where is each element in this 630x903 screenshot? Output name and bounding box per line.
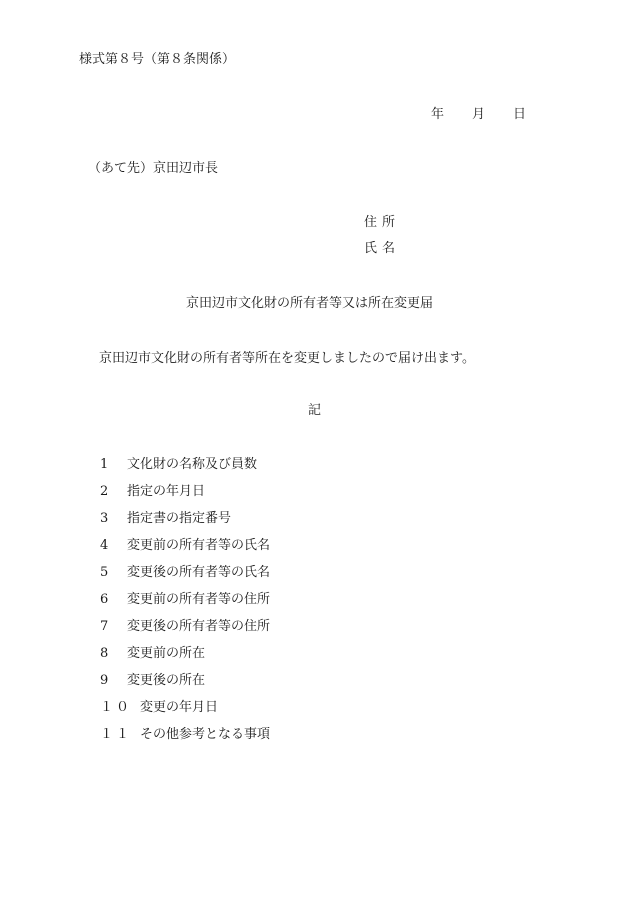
item-number: 7 (100, 620, 127, 647)
item-label: 変更前の所有者等の住所 (127, 593, 270, 620)
list-item: 4変更前の所有者等の氏名 (100, 539, 270, 566)
document-page: 様式第８号（第８条関係） 年月日 （あて先）京田辺市長 住所 氏名 京田辺市文化… (0, 0, 630, 903)
applicant-address-label: 住所 (364, 216, 395, 229)
address-label-char-2: 所 (382, 215, 395, 230)
document-title: 京田辺市文化財の所有者等又は所在変更届 (186, 297, 433, 310)
address-label-char-1: 住 (364, 216, 382, 229)
name-label-char-1: 氏 (364, 242, 382, 255)
year-label: 年 (431, 108, 444, 121)
item-number: 1 (100, 458, 127, 485)
item-number: 6 (100, 593, 127, 620)
date-line: 年月日 (431, 108, 526, 121)
list-item: 3指定書の指定番号 (100, 512, 270, 539)
item-number: １０ (100, 701, 140, 728)
item-number: １１ (100, 728, 140, 755)
list-item: 2指定の年月日 (100, 485, 270, 512)
list-item: 6変更前の所有者等の住所 (100, 593, 270, 620)
item-number: 5 (100, 566, 127, 593)
item-number: 3 (100, 512, 127, 539)
item-label: 指定の年月日 (127, 485, 205, 512)
item-label: 変更前の所有者等の氏名 (127, 539, 270, 566)
applicant-name-label: 氏名 (364, 242, 395, 255)
items-list: 1文化財の名称及び員数 2指定の年月日 3指定書の指定番号 4変更前の所有者等の… (100, 458, 270, 755)
addressee: （あて先）京田辺市長 (88, 162, 218, 175)
item-label: 変更後の所有者等の住所 (127, 620, 270, 647)
item-number: 9 (100, 674, 127, 701)
item-label: 変更後の所在 (127, 674, 205, 701)
item-label: 文化財の名称及び員数 (127, 458, 257, 485)
item-number: 2 (100, 485, 127, 512)
list-item: 8変更前の所在 (100, 647, 270, 674)
item-number: 8 (100, 647, 127, 674)
ki-heading: 記 (308, 404, 321, 417)
item-label: 変更の年月日 (140, 701, 218, 728)
form-number: 様式第８号（第８条関係） (79, 53, 235, 66)
month-label: 月 (472, 108, 485, 121)
list-item: 7変更後の所有者等の住所 (100, 620, 270, 647)
item-label: その他参考となる事項 (140, 728, 270, 755)
list-item: 9変更後の所在 (100, 674, 270, 701)
day-label: 日 (513, 108, 526, 121)
item-label: 変更前の所在 (127, 647, 205, 674)
body-text: 京田辺市文化財の所有者等所在を変更しましたので届け出ます。 (99, 352, 475, 365)
list-item: １０変更の年月日 (100, 701, 270, 728)
item-number: 4 (100, 539, 127, 566)
list-item: 1文化財の名称及び員数 (100, 458, 270, 485)
list-item: 5変更後の所有者等の氏名 (100, 566, 270, 593)
list-item: １１その他参考となる事項 (100, 728, 270, 755)
item-label: 変更後の所有者等の氏名 (127, 566, 270, 593)
item-label: 指定書の指定番号 (127, 512, 231, 539)
name-label-char-2: 名 (382, 241, 395, 256)
